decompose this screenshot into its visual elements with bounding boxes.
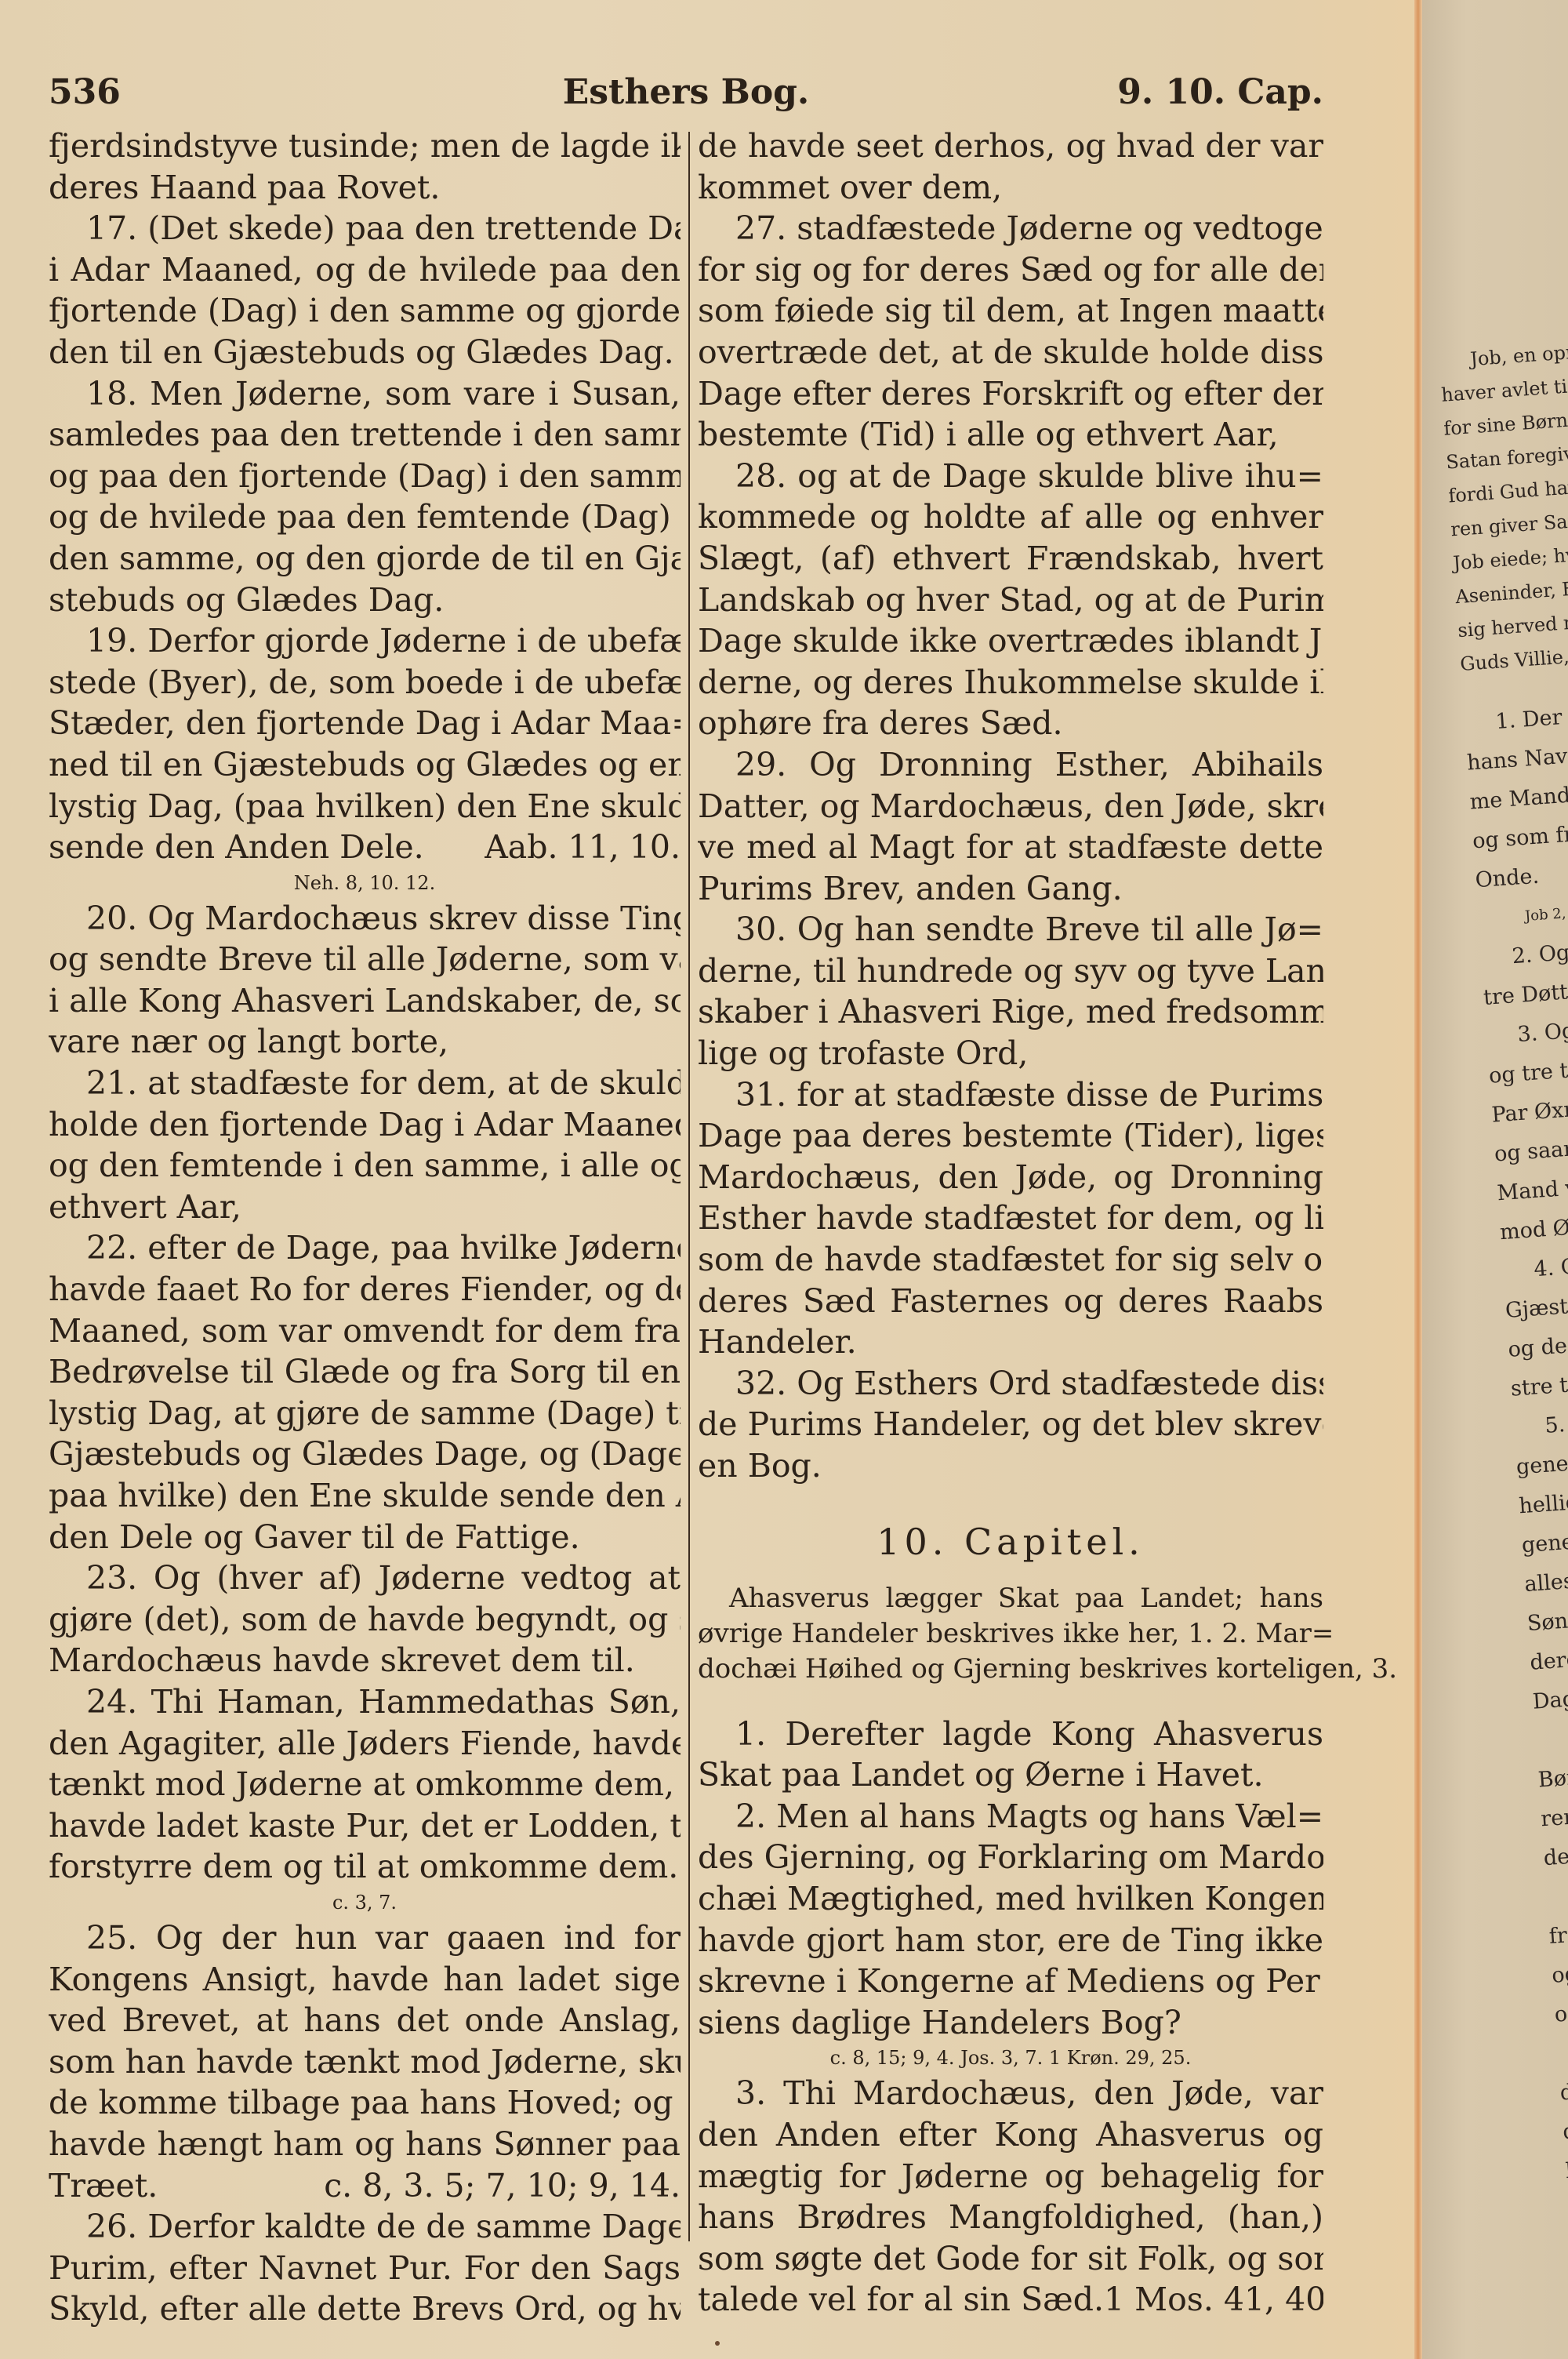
chapter-summary: Ahasverus lægger Skat paa Landet; hansøv… (698, 1581, 1323, 1687)
verse-line: havde ladet kaste Pur, det er Lodden, ti… (49, 1805, 681, 1847)
verse-line: de komme tilbage paa hans Hoved; og de (49, 2082, 681, 2124)
verse-line: samledes paa den trettende i den samme (49, 414, 681, 456)
verse-line: stede (Byer), de, som boede i de ubefæst… (49, 662, 681, 703)
verse-start-line: 18. Men Jøderne, som vare i Susan, (49, 373, 681, 415)
book-page-536: 536 Esthers Bog. 9. 10. Cap. fjerdsindst… (0, 0, 1417, 2359)
verse-line: ved Brevet, at hans det onde Anslag, (49, 2000, 681, 2041)
verse-line: Mardochæus havde skrevet dem til. (49, 1640, 681, 1681)
spacer (698, 1687, 1323, 1714)
verse-line: ophøre fra deres Sæd. (698, 703, 1323, 744)
verse-line: Slægt, (af) ethvert Frændskab, hvert (698, 538, 1323, 580)
verse-line: som føiede sig til dem, at Ingen maatte (698, 290, 1323, 332)
chapter-heading: 10. Capitel. (698, 1487, 1323, 1573)
right-text-column: de havde seet derhos, og hvad der varkom… (698, 125, 1323, 2321)
verse-start-line: 26. Derfor kaldte de de samme Dage (49, 2206, 681, 2248)
verse-line: fjortende (Dag) i den samme og gjorde (49, 290, 681, 332)
verse-line: som de havde stadfæstet for sig selv og … (698, 1239, 1323, 1281)
verse-line: Bedrøvelse til Glæde og fra Sorg til en (49, 1351, 681, 1393)
verse-line: skrevne i Kongerne af Mediens og Per= (698, 1961, 1323, 2002)
verse-line: Kongens Ansigt, havde han ladet sige (49, 1959, 681, 2001)
verse-line: vare nær og langt borte, (49, 1021, 681, 1063)
chapter-9-conclusion: de havde seet derhos, og hvad der varkom… (698, 125, 1323, 1487)
verse-line: Stæder, den fjortende Dag i Adar Maa= (49, 703, 681, 744)
verse-line: skaber i Ahasveri Rige, med fredsomme= (698, 991, 1323, 1033)
verse-line: den Anden efter Kong Ahasverus og (698, 2114, 1323, 2156)
verse-start-line: 19. Derfor gjorde Jøderne i de ubefæ= (49, 620, 681, 662)
verse-start-line: 32. Og Esthers Ord stadfæstede disse (698, 1363, 1323, 1405)
verse-line: deres Sæd Fasternes og deres Raabs (698, 1281, 1323, 1322)
verse-line: i alle Kong Ahasveri Landskaber, de, som (49, 980, 681, 1022)
ink-speck (715, 2341, 720, 2346)
verse-line: mægtig for Jøderne og behagelig for (698, 2156, 1323, 2197)
verse-line: de Purims Handeler, og det blev skrevet … (698, 1404, 1323, 1445)
verse-line: des Gjerning, og Forklaring om Mardo= (698, 1837, 1323, 1878)
chapter-10-verses: 1. Derefter lagde Kong AhasverusSkat paa… (698, 1714, 1323, 2321)
marginal-reference: 1 Mos. 41, 40. (1104, 2279, 1323, 2321)
verse-line: deres Haand paa Rovet. (49, 167, 681, 209)
summary-line: øvrige Handeler beskrives ikke her, 1. 2… (698, 1616, 1323, 1652)
cross-reference: c. 8, 15; 9, 4. Jos. 3, 7. 1 Krøn. 29, 2… (698, 2043, 1323, 2073)
verse-line: for sig og for deres Sæd og for alle dem… (698, 249, 1323, 291)
verse-line: en Bog. (698, 1445, 1323, 1487)
verse-line: Handeler. (698, 1321, 1323, 1363)
verse-start-line: 21. at stadfæste for dem, at de skulde (49, 1063, 681, 1104)
verse-line: Dage efter deres Forskrift og efter dere… (698, 373, 1323, 415)
verse-line: Skyld, efter alle dette Brevs Ord, og hv… (49, 2288, 681, 2330)
verse-line: forstyrre dem og til at omkomme dem. (49, 1846, 681, 1888)
verse-line: Purim, efter Navnet Pur. For den Sags (49, 2248, 681, 2289)
verse-start-line: 1. Derefter lagde Kong Ahasverus (698, 1714, 1323, 1755)
verse-start-line: 3. Thi Mardochæus, den Jøde, var (698, 2073, 1323, 2114)
verse-line: havde faaet Ro for deres Fiender, og den (49, 1269, 681, 1310)
verse-line: talede vel for al sin Sæd.1 Mos. 41, 40. (698, 2279, 1323, 2321)
summary-line: dochæi Høihed og Gjerning beskrives kort… (698, 1652, 1323, 1687)
verse-line: lystig Dag, at gjøre de samme (Dage) til (49, 1393, 681, 1434)
verse-line: Landskab og hver Stad, og at de Purims (698, 580, 1323, 621)
verse-line: derne, og deres Ihukommelse skulde ikke (698, 662, 1323, 703)
verse-start-line: 22. efter de Dage, paa hvilke Jøderne (49, 1227, 681, 1269)
verse-line: ethvert Aar, (49, 1187, 681, 1228)
verse-start-line: 29. Og Dronning Esther, Abihails (698, 744, 1323, 786)
verse-line: lige og trofaste Ord, (698, 1033, 1323, 1074)
verse-start-line: 28. og at de Dage skulde blive ihu= (698, 456, 1323, 497)
verse-line: havde hængt ham og hans Sønner paa (49, 2124, 681, 2165)
column-divider (688, 132, 690, 2241)
verse-start-line: 23. Og (hver af) Jøderne vedtog at (49, 1558, 681, 1599)
verse-line: derne, til hundrede og syv og tyve Land= (698, 951, 1323, 992)
cross-reference: c. 3, 7. (49, 1888, 681, 1917)
verse-line: ve med al Magt for at stadfæste dette (698, 827, 1323, 868)
verse-line: Purims Brev, anden Gang. (698, 868, 1323, 910)
verse-line: den Dele og Gaver til de Fattige. (49, 1517, 681, 1558)
page-edge (1414, 0, 1422, 2359)
verse-line: gjøre (det), som de havde begyndt, og so… (49, 1599, 681, 1641)
verse-line: overtræde det, at de skulde holde disse … (698, 332, 1323, 373)
verse-start-line: 30. Og han sendte Breve til alle Jø= (698, 909, 1323, 951)
verse-text: talede vel for al sin Sæd. (698, 2279, 1104, 2321)
verse-line: siens daglige Handelers Bog? (698, 2002, 1323, 2044)
verse-line: som søgte det Gode for sit Folk, og som (698, 2238, 1323, 2280)
verse-start-line: 2. Men al hans Magts og hans Væl= (698, 1796, 1323, 1837)
verse-line: hans Brødres Mangfoldighed, (han,) (698, 2197, 1323, 2238)
chapter-reference: 9. 10. Cap. (1117, 72, 1323, 112)
verse-start-line: 24. Thi Haman, Hammedathas Søn, (49, 1681, 681, 1723)
verse-line: den Agagiter, alle Jøders Fiende, havde (49, 1723, 681, 1765)
verse-line: som han havde tænkt mod Jøderne, skul= (49, 2041, 681, 2083)
verse-line: kommet over dem, (698, 167, 1323, 209)
verse-start-line: 27. stadfæstede Jøderne og vedtoge det (698, 208, 1323, 249)
verse-line: stebuds og Glædes Dag. (49, 580, 681, 621)
verse-line: fjerdsindstyve tusinde; men de lagde ikk… (49, 125, 681, 167)
summary-line: Ahasverus lægger Skat paa Landet; hans (698, 1581, 1323, 1616)
running-head: 536 Esthers Bog. 9. 10. Cap. (49, 72, 1323, 119)
facing-page-fragment: Job, en oprighaver avlet ti Bøfor sine B… (1422, 0, 1568, 2359)
verse-line: Dage paa deres bestemte (Tider), ligesom (698, 1115, 1323, 1157)
verse-line: den til en Gjæstebuds og Glædes Dag. (49, 332, 681, 373)
verse-start-line: 20. Og Mardochæus skrev disse Ting (49, 898, 681, 940)
left-text-column: fjerdsindstyve tusinde; men de lagde ikk… (49, 125, 681, 2330)
verse-line: havde gjort ham stor, ere de Ting ikke (698, 1920, 1323, 1961)
verse-line: chæi Mægtighed, med hvilken Kongen (698, 1878, 1323, 1920)
verse-line: lystig Dag, (paa hvilken) den Ene skulde (49, 786, 681, 827)
verse-line: tænkt mod Jøderne at omkomme dem, og (49, 1764, 681, 1805)
verse-line: ned til en Gjæstebuds og Glædes og en (49, 744, 681, 786)
verse-line: paa hvilke) den Ene skulde sende den An= (49, 1475, 681, 1517)
verse-line: holde den fjortende Dag i Adar Maaned (49, 1104, 681, 1146)
verse-line: den samme, og den gjorde de til en Gjæ= (49, 538, 681, 580)
cross-reference: Neh. 8, 10. 12. (49, 868, 681, 898)
verse-line: Maaned, som var omvendt for dem fra (49, 1310, 681, 1352)
verse-line: Gjæstebuds og Glædes Dage, og (Dage, (49, 1434, 681, 1475)
facing-page-text: Job, en oprighaver avlet ti Bøfor sine B… (1438, 327, 1568, 2230)
verse-line: Dage skulde ikke overtrædes iblandt Jø= (698, 620, 1323, 662)
verse-line: og sendte Breve til alle Jøderne, som va… (49, 939, 681, 980)
verse-line: Skat paa Landet og Øerne i Havet. (698, 1754, 1323, 1796)
verse-line: bestemte (Tid) i alle og ethvert Aar, (698, 414, 1323, 456)
verse-start-line: 17. (Det skede) paa den trettende Dag (49, 208, 681, 249)
verse-line: Mardochæus, den Jøde, og Dronning (698, 1157, 1323, 1198)
verse-line: og den femtende i den samme, i alle og (49, 1145, 681, 1187)
verse-start-line: 25. Og der hun var gaaen ind for (49, 1917, 681, 1959)
verse-line: Træet.c. 8, 3. 5; 7, 10; 9, 14. (49, 2165, 681, 2207)
verse-start-line: 31. for at stadfæste disse de Purims (698, 1074, 1323, 1116)
marginal-reference: c. 8, 3. 5; 7, 10; 9, 14. (324, 2165, 681, 2207)
verse-text: sende den Anden Dele. (49, 827, 424, 868)
verse-line: og de hvilede paa den femtende (Dag) i (49, 496, 681, 538)
verse-text: Træet. (49, 2165, 158, 2207)
verse-line: sende den Anden Dele.Aab. 11, 10. (49, 827, 681, 868)
verse-line: Esther havde stadfæstet for dem, og lige… (698, 1198, 1323, 1239)
verse-line: i Adar Maaned, og de hvilede paa den (49, 249, 681, 291)
marginal-reference: Aab. 11, 10. (485, 827, 681, 868)
verse-line: kommede og holdte af alle og enhver (698, 496, 1323, 538)
verse-line: de havde seet derhos, og hvad der var (698, 125, 1323, 167)
verse-line: og paa den fjortende (Dag) i den samme, (49, 456, 681, 497)
verse-line: Datter, og Mardochæus, den Jøde, skre= (698, 786, 1323, 827)
